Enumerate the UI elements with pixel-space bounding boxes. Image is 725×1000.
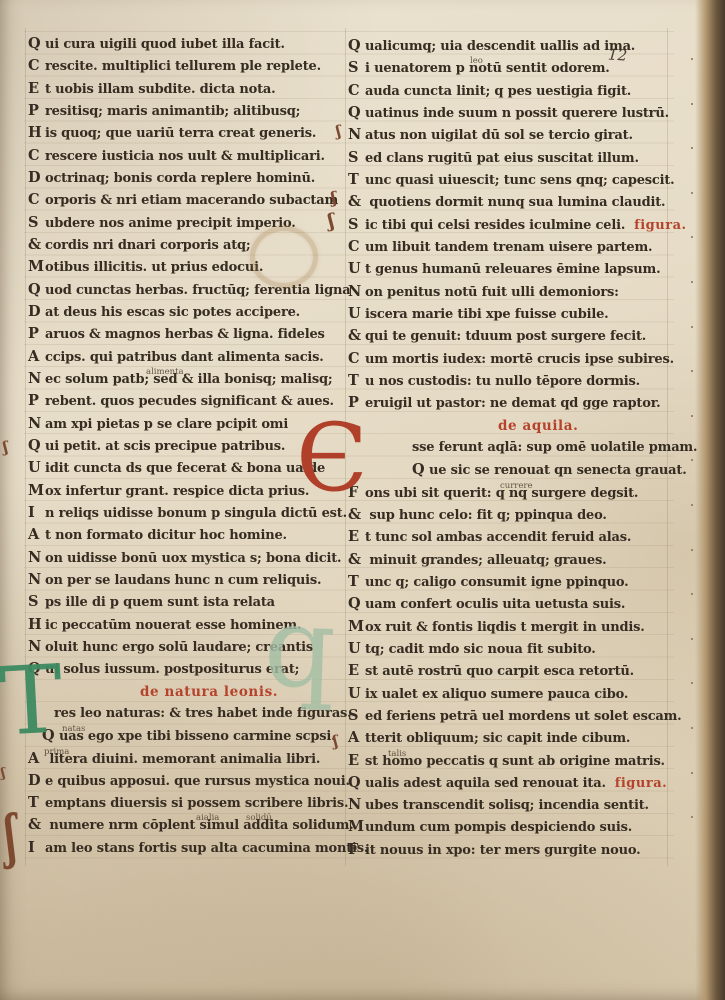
- verse-text: t genus humanū releuares ēmine lapsum.: [365, 262, 660, 277]
- line-initial: T: [28, 792, 45, 814]
- line-initial: S: [348, 214, 365, 236]
- verse-text: rebent. quos pecudes significant & aues.: [45, 394, 334, 409]
- interlinear-gloss: currere: [500, 475, 533, 497]
- verse-text: unc quasi uiuescit; tunc sens qnq; capes…: [365, 173, 675, 188]
- line-initial: P: [28, 390, 45, 412]
- illuminated-initial-T: T: [0, 653, 65, 750]
- verse-line: Qui cura uigili quod iubet illa facit.: [28, 33, 346, 55]
- verse-text: iscera marie tibi xpe fuisse cubile.: [365, 307, 609, 322]
- line-initial: C: [28, 145, 45, 167]
- line-initial: &: [348, 549, 365, 571]
- verse-line: sse ferunt aqlā: sup omē uolatile pmam.: [348, 437, 678, 459]
- interlinear-gloss: natas: [62, 718, 85, 740]
- line-initial: Q: [348, 35, 365, 57]
- line-initial: S: [348, 57, 365, 79]
- prick-mark: [691, 236, 693, 238]
- line-initial: N: [348, 794, 365, 816]
- line-initial: A: [28, 346, 45, 368]
- verse-line: Dat deus his escas sic potes accipere.: [28, 301, 346, 323]
- verse-line: Quatinus inde suum n possit querere lust…: [348, 102, 678, 124]
- verse-line: Si uenatorem p notū sentit odorem.leo: [348, 57, 678, 79]
- verse-text: idit cuncta ds que fecerat & bona ualde: [45, 461, 325, 476]
- verse-text: am leo stans fortis sup alta cacumina mo…: [45, 841, 368, 856]
- prick-mark: [691, 326, 693, 328]
- book-edge: [695, 0, 725, 1000]
- prick-mark: [691, 281, 693, 283]
- verse-text: eruigil ut pastor: ne demat qd gge rapto…: [365, 396, 661, 411]
- verse-line: Nubes transcendit solisq; incendia senti…: [348, 794, 678, 816]
- verse-text: uam confert oculis uita uetusta suis.: [365, 597, 625, 612]
- line-initial: A: [28, 524, 45, 546]
- line-initial: C: [348, 236, 365, 258]
- verse-text: uas ego xpe tibi bisseno carmine scpsi.: [59, 729, 335, 744]
- verse-text: t non formato dicitur hoc homine.: [45, 528, 287, 543]
- verse-line: De quibus apposui. que rursus mystica no…: [28, 770, 346, 792]
- verse-text: ox infertur grant. respice dicta prius.: [45, 484, 309, 499]
- verse-line: Ut genus humanū releuares ēmine lapsum.: [348, 258, 678, 280]
- verse-line: Qualis adest aquila sed renouat ita.figu…: [348, 772, 678, 794]
- verse-line: Utq; cadit mdo sic noua fit subito.: [348, 638, 678, 660]
- verse-line: Et tunc sol ambas accendit feruid alas.: [348, 526, 678, 548]
- verse-line: Non uidisse bonū uox mystica s; bona dic…: [28, 547, 346, 569]
- verse-line: Et uobis illam subdite. dicta nota.: [28, 78, 346, 100]
- line-initial: D: [28, 167, 45, 189]
- line-initial: N: [348, 124, 365, 146]
- line-initial: C: [348, 348, 365, 370]
- verse-line: Qualicumq; uia descendit uallis ad ima.: [348, 35, 678, 57]
- : de aquila.: [498, 418, 578, 434]
- verse-line: Est autē rostrū quo carpit esca retortū.: [348, 660, 678, 682]
- verse-text: ed clans rugitū pat eius suscitat illum.: [365, 151, 639, 166]
- verse-line: Doctrinaq; bonis corda replere hominū.: [28, 167, 346, 189]
- verse-text: ubes transcendit solisq; incendia sentit…: [365, 798, 649, 813]
- prick-mark: [691, 103, 693, 105]
- paraph-mark: ʃ: [2, 438, 9, 456]
- illuminated-initial-E: Є: [296, 412, 368, 506]
- line-initial: A: [348, 727, 365, 749]
- prick-mark: [691, 459, 693, 461]
- line-initial: I: [28, 837, 45, 859]
- verse-text: ubdere nos anime precipit imperio.: [45, 216, 296, 231]
- prick-mark: [691, 682, 693, 684]
- verse-line: Crescere iusticia nos uult & multiplicar…: [28, 145, 346, 167]
- verse-text: resitisq; maris animantib; alitibusq;: [45, 104, 300, 119]
- verse-text: ix ualet ex aliquo sumere pauca cibo.: [365, 687, 628, 702]
- line-initial: D: [28, 770, 45, 792]
- verse-text: t tunc sol ambas accendit feruid alas.: [365, 530, 631, 545]
- verse-line: Tunc quasi uiuescit; tunc sens qnq; cape…: [348, 169, 678, 191]
- line-initial: U: [28, 457, 45, 479]
- verse-line: At non formato dicitur hoc homine.: [28, 524, 346, 546]
- line-initial: N: [28, 547, 45, 569]
- prick-mark: [691, 415, 693, 417]
- line-initial: T: [348, 571, 365, 593]
- verse-line: Nec solum patb; sed & illa bonisq; malis…: [28, 368, 346, 390]
- verse-text: am xpi pietas p se clare pcipit omi: [45, 417, 288, 432]
- line-initial: &: [348, 325, 365, 347]
- verse-line: Quas ego xpe tibi bisseno carmine scpsi.…: [28, 725, 346, 747]
- verse-text: cordis nri dnari corporis atq;: [45, 238, 251, 253]
- line-initial: Q: [348, 772, 365, 794]
- verse-text: ui solus iussum. postpositurus erat;: [45, 662, 299, 677]
- verse-line: Peruigil ut pastor: ne demat qd gge rapt…: [348, 392, 678, 414]
- line-initial: E: [348, 526, 365, 548]
- verse-line: & minuit grandes; alleuatq; graues.: [348, 549, 678, 571]
- prick-mark: [691, 638, 693, 640]
- verse-line: Sed clans rugitū pat eius suscitat illum…: [348, 147, 678, 169]
- line-initial: S: [348, 705, 365, 727]
- paraph-mark: ʃ: [4, 803, 17, 872]
- line-initial: M: [348, 616, 365, 638]
- verse-text: uod cunctas herbas. fructūq; ferentia li…: [45, 283, 350, 298]
- verse-text: um libuit tandem trenam uisere partem.: [365, 240, 652, 255]
- line-initial: S: [348, 147, 365, 169]
- verse-text: otibus illicitis. ut prius edocui.: [45, 260, 263, 275]
- paraph-mark: ʃ: [0, 766, 6, 781]
- verse-text: octrinaq; bonis corda replere hominū.: [45, 171, 315, 186]
- verse-text: ualis adest aquila sed renouat ita.: [365, 776, 606, 791]
- verse-text: uatinus inde suum n possit querere lustr…: [365, 106, 669, 121]
- verse-line: Crescite. multiplici tellurem ple replet…: [28, 55, 346, 77]
- verse-line: & numere nrm cōplent simul addita solidu…: [28, 814, 346, 836]
- verse-text: st homo peccatis q sunt ab origine matri…: [365, 754, 665, 769]
- interlinear-gloss: talis: [388, 743, 406, 765]
- verse-text: ps ille di p quem sunt ista relata: [45, 595, 275, 610]
- verse-text: undum cum pompis despiciendo suis.: [365, 820, 632, 835]
- line-initial: M: [28, 480, 45, 502]
- text-column-right: Qualicumq; uia descendit uallis ad ima.S…: [348, 35, 678, 861]
- line-initial: C: [348, 80, 365, 102]
- stain-ring: [250, 226, 318, 288]
- line-initial: Q: [348, 102, 365, 124]
- verse-line: Sed feriens petrā uel mordens ut solet e…: [348, 705, 678, 727]
- interlinear-gloss: alimenta: [146, 361, 184, 383]
- verse-line: &qui te genuit: tduum post surgere fecit…: [348, 325, 678, 347]
- line-initial: M: [28, 256, 45, 278]
- verse-text: litera diuini. memorant animalia libri.: [45, 752, 320, 767]
- verse-line: Uix ualet ex aliquo sumere pauca cibo.: [348, 683, 678, 705]
- prick-mark: [691, 192, 693, 194]
- line-initial: D: [28, 301, 45, 323]
- verse-text: is quoq; que uariū terra creat generis.: [45, 126, 316, 141]
- line-initial: H: [28, 614, 45, 636]
- verse-line: Uiscera marie tibi xpe fuisse cubile.: [348, 303, 678, 325]
- line-initial: N: [28, 569, 45, 591]
- verse-text: um mortis iudex: mortē crucis ipse subir…: [365, 352, 674, 367]
- verse-text: minuit grandes; alleuatq; graues.: [365, 553, 606, 568]
- line-initial: U: [348, 683, 365, 705]
- verse-line: Corporis & nri etiam macerando subactam: [28, 189, 346, 211]
- verse-text: ui cura uigili quod iubet illa facit.: [45, 37, 285, 52]
- line-initial: Q: [28, 435, 45, 457]
- verse-text: rescere iusticia nos uult & multiplicari…: [45, 149, 325, 164]
- interlinear-gloss: leo: [470, 50, 483, 72]
- line-initial: Q: [28, 279, 45, 301]
- prick-mark: [691, 370, 693, 372]
- verse-text: sse ferunt aqlā: sup omē uolatile pmam.: [412, 440, 697, 455]
- verse-text: t uobis illam subdite. dicta nota.: [45, 82, 275, 97]
- line-initial: N: [28, 368, 45, 390]
- line-initial: S: [28, 591, 45, 613]
- inline-rubric: figura.: [615, 776, 667, 791]
- verse-line: Non penitus notū fuit ulli demoniors:: [348, 281, 678, 303]
- inline-rubric: figura.: [634, 218, 686, 233]
- offset-initial-q: q: [262, 591, 338, 705]
- verse-line: Est homo peccatis q sunt ab origine matr…: [348, 750, 678, 772]
- interlinear-gloss: solidū: [246, 807, 272, 829]
- verse-text: ox ruit & fontis liqdis t mergit in undi…: [365, 620, 645, 635]
- : de natura leonis.: [140, 684, 278, 700]
- line-initial: T: [348, 370, 365, 392]
- line-initial: E: [348, 750, 365, 772]
- line-initial: C: [28, 189, 45, 211]
- verse-line: Accips. qui patribus dant alimenta sacis…: [28, 346, 346, 368]
- verse-text: on uidisse bonū uox mystica s; bona dici…: [45, 551, 341, 566]
- line-initial: T: [348, 169, 365, 191]
- prick-mark: [691, 772, 693, 774]
- verse-text: ec solum patb; sed & illa bonisq; malisq…: [45, 372, 333, 387]
- line-initial: N: [348, 281, 365, 303]
- verse-text: it nouus in xpo: ter mers gurgite nouo.: [365, 843, 640, 858]
- line-initial: &: [348, 191, 365, 213]
- verse-text: sup hunc celo: fit q; ppinqua deo.: [365, 508, 607, 523]
- verse-text: atus non uigilat dū sol se tercio girat.: [365, 128, 633, 143]
- verse-line: Mundum cum pompis despiciendo suis.: [348, 816, 678, 838]
- line-initial: U: [348, 303, 365, 325]
- verse-line: Temptans diuersis si possem scribere lib…: [28, 792, 346, 814]
- verse-text: e quibus apposui. que rursus mystica nou…: [45, 774, 350, 789]
- verse-line: Paruos & magnos herbas & ligna. fideles: [28, 323, 346, 345]
- line-initial: Q: [28, 33, 45, 55]
- prick-mark: [691, 147, 693, 149]
- line-initial: E: [28, 78, 45, 100]
- line-initial: C: [28, 55, 45, 77]
- verse-text: rescite. multiplici tellurem ple replete…: [45, 59, 321, 74]
- verse-line: Cauda cuncta linit; q pes uestigia figit…: [348, 80, 678, 102]
- verse-text: unc q; caligo consumit igne ppinquo.: [365, 575, 628, 590]
- manuscript-photo: 12 Qui cura uigili quod iubet illa facit…: [0, 0, 725, 1000]
- verse-text: ccips. qui patribus dant alimenta sacis.: [45, 350, 324, 365]
- verse-line: Sic tibi qui celsi resides iculmine celi…: [348, 214, 678, 236]
- line-initial: N: [28, 413, 45, 435]
- verse-line: & quotiens dormit nunq sua lumina claudi…: [348, 191, 678, 213]
- prick-mark: [691, 504, 693, 506]
- verse-line: A litera diuini. memorant animalia libri…: [28, 748, 346, 770]
- verse-text: u nos custodis: tu nullo tēpore dormis.: [365, 374, 640, 389]
- verse-line: Mox ruit & fontis liqdis t mergit in und…: [348, 616, 678, 638]
- prick-mark: [691, 593, 693, 595]
- line-initial: H: [28, 122, 45, 144]
- verse-text: auda cuncta linit; q pes uestigia figit.: [365, 84, 631, 99]
- verse-line: Quam confert oculis uita uetusta suis.: [348, 593, 678, 615]
- line-initial: Q: [412, 459, 429, 481]
- line-initial: Q: [348, 593, 365, 615]
- verse-text: quotiens dormit nunq sua lumina claudit.: [365, 195, 665, 210]
- verse-line: Tu nos custodis: tu nullo tēpore dormis.: [348, 370, 678, 392]
- rubric-heading: de aquila.: [348, 415, 678, 437]
- verse-text: ic peccatūm nouerat esse hominem.: [45, 618, 301, 633]
- verse-text: tq; cadit mdo sic noua fit subito.: [365, 642, 596, 657]
- verse-line: Cum mortis iudex: mortē crucis ipse subi…: [348, 348, 678, 370]
- verse-text: on penitus notū fuit ulli demoniors:: [365, 285, 619, 300]
- interlinear-gloss: aialia: [196, 807, 219, 829]
- line-initial: &: [28, 234, 45, 256]
- prick-mark: [691, 816, 693, 818]
- verse-line: & sup hunc celo: fit q; ppinqua deo.: [348, 504, 678, 526]
- verse-line: Presitisq; maris animantib; alitibusq;: [28, 100, 346, 122]
- verse-text: st autē rostrū quo carpit esca retortū.: [365, 664, 634, 679]
- line-initial: E: [348, 660, 365, 682]
- verse-text: at deus his escas sic potes accipere.: [45, 305, 300, 320]
- line-initial: &: [28, 814, 45, 836]
- verse-line: Fit nouus in xpo: ter mers gurgite nouo.: [348, 839, 678, 861]
- verse-line: Iam leo stans fortis sup alta cacumina m…: [28, 837, 346, 859]
- verse-text: orporis & nri etiam macerando subactam: [45, 193, 338, 208]
- verse-line: Tunc q; caligo consumit igne ppinquo.: [348, 571, 678, 593]
- verse-text: aruos & magnos herbas & ligna. fideles: [45, 327, 325, 342]
- prick-mark: [691, 727, 693, 729]
- prick-mark: [691, 549, 693, 551]
- line-initial: U: [348, 258, 365, 280]
- verse-line: Natus non uigilat dū sol se tercio girat…: [348, 124, 678, 146]
- line-initial: M: [348, 816, 365, 838]
- verse-text: ic tibi qui celsi resides iculmine celi.: [365, 218, 625, 233]
- line-initial: I: [28, 502, 45, 524]
- verse-line: His quoq; que uariū terra creat generis.: [28, 122, 346, 144]
- verse-text: ue sic se renouat qn senecta grauat.: [429, 463, 687, 478]
- verse-text: ed feriens petrā uel mordens ut solet es…: [365, 709, 682, 724]
- verse-line: Cum libuit tandem trenam uisere partem.: [348, 236, 678, 258]
- verse-text: ualicumq; uia descendit uallis ad ima.: [365, 39, 635, 54]
- verse-line: Fons ubi sit querit: q nq surgere degsit…: [348, 482, 678, 504]
- line-initial: P: [28, 100, 45, 122]
- verse-text: qui te genuit: tduum post surgere fecit.: [365, 329, 646, 344]
- line-initial: F: [348, 839, 365, 861]
- prick-mark: [691, 58, 693, 60]
- line-initial: P: [28, 323, 45, 345]
- verse-text: ui petit. at scis precipue patribus.: [45, 439, 285, 454]
- parchment-page: 12 Qui cura uigili quod iubet illa facit…: [0, 0, 712, 1000]
- verse-text: i uenatorem p notū sentit odorem.: [365, 61, 610, 76]
- line-initial: S: [28, 212, 45, 234]
- line-initial: U: [348, 638, 365, 660]
